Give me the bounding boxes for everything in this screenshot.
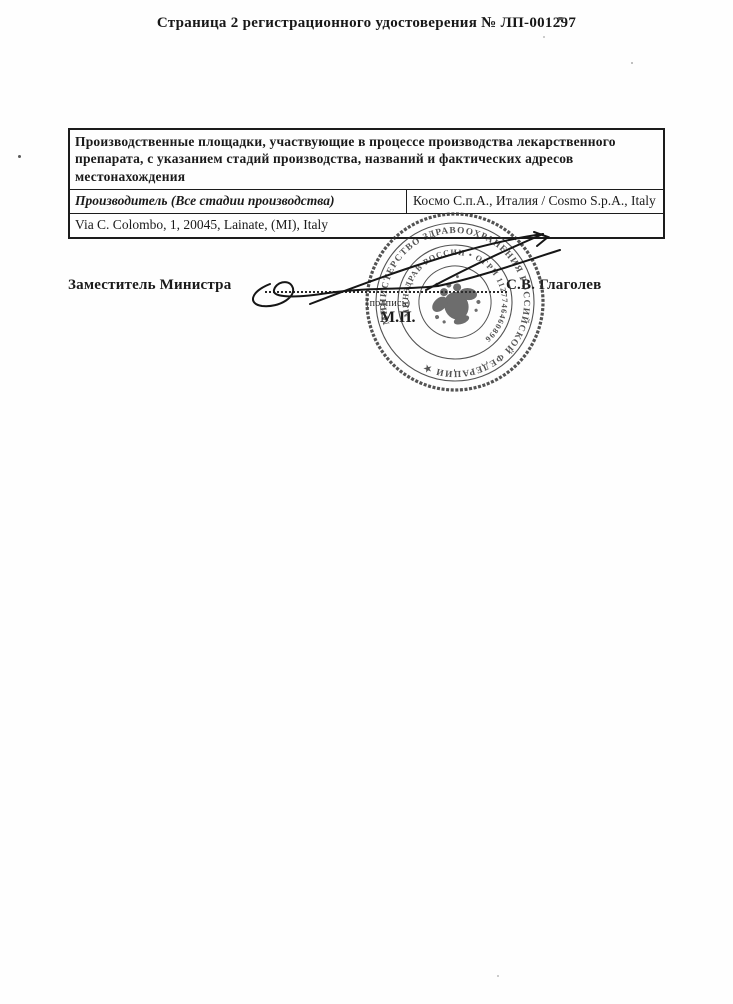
page-title: Страница 2 регистрационного удостоверени… (0, 15, 733, 32)
table-header-cell: Производственные площадки, участвующие в… (70, 130, 663, 190)
handwritten-signature (240, 222, 570, 317)
scan-noise-speck (543, 36, 545, 38)
signatory-title: Заместитель Министра (68, 277, 231, 294)
scan-noise-speck (558, 17, 563, 20)
scanned-certificate-page: Страница 2 регистрационного удостоверени… (0, 0, 733, 1004)
producer-label-cell: Производитель (Все стадии производства) (70, 190, 407, 213)
scan-noise-speck (631, 62, 633, 64)
scan-noise-speck (497, 975, 499, 977)
scan-noise-speck (18, 155, 21, 158)
